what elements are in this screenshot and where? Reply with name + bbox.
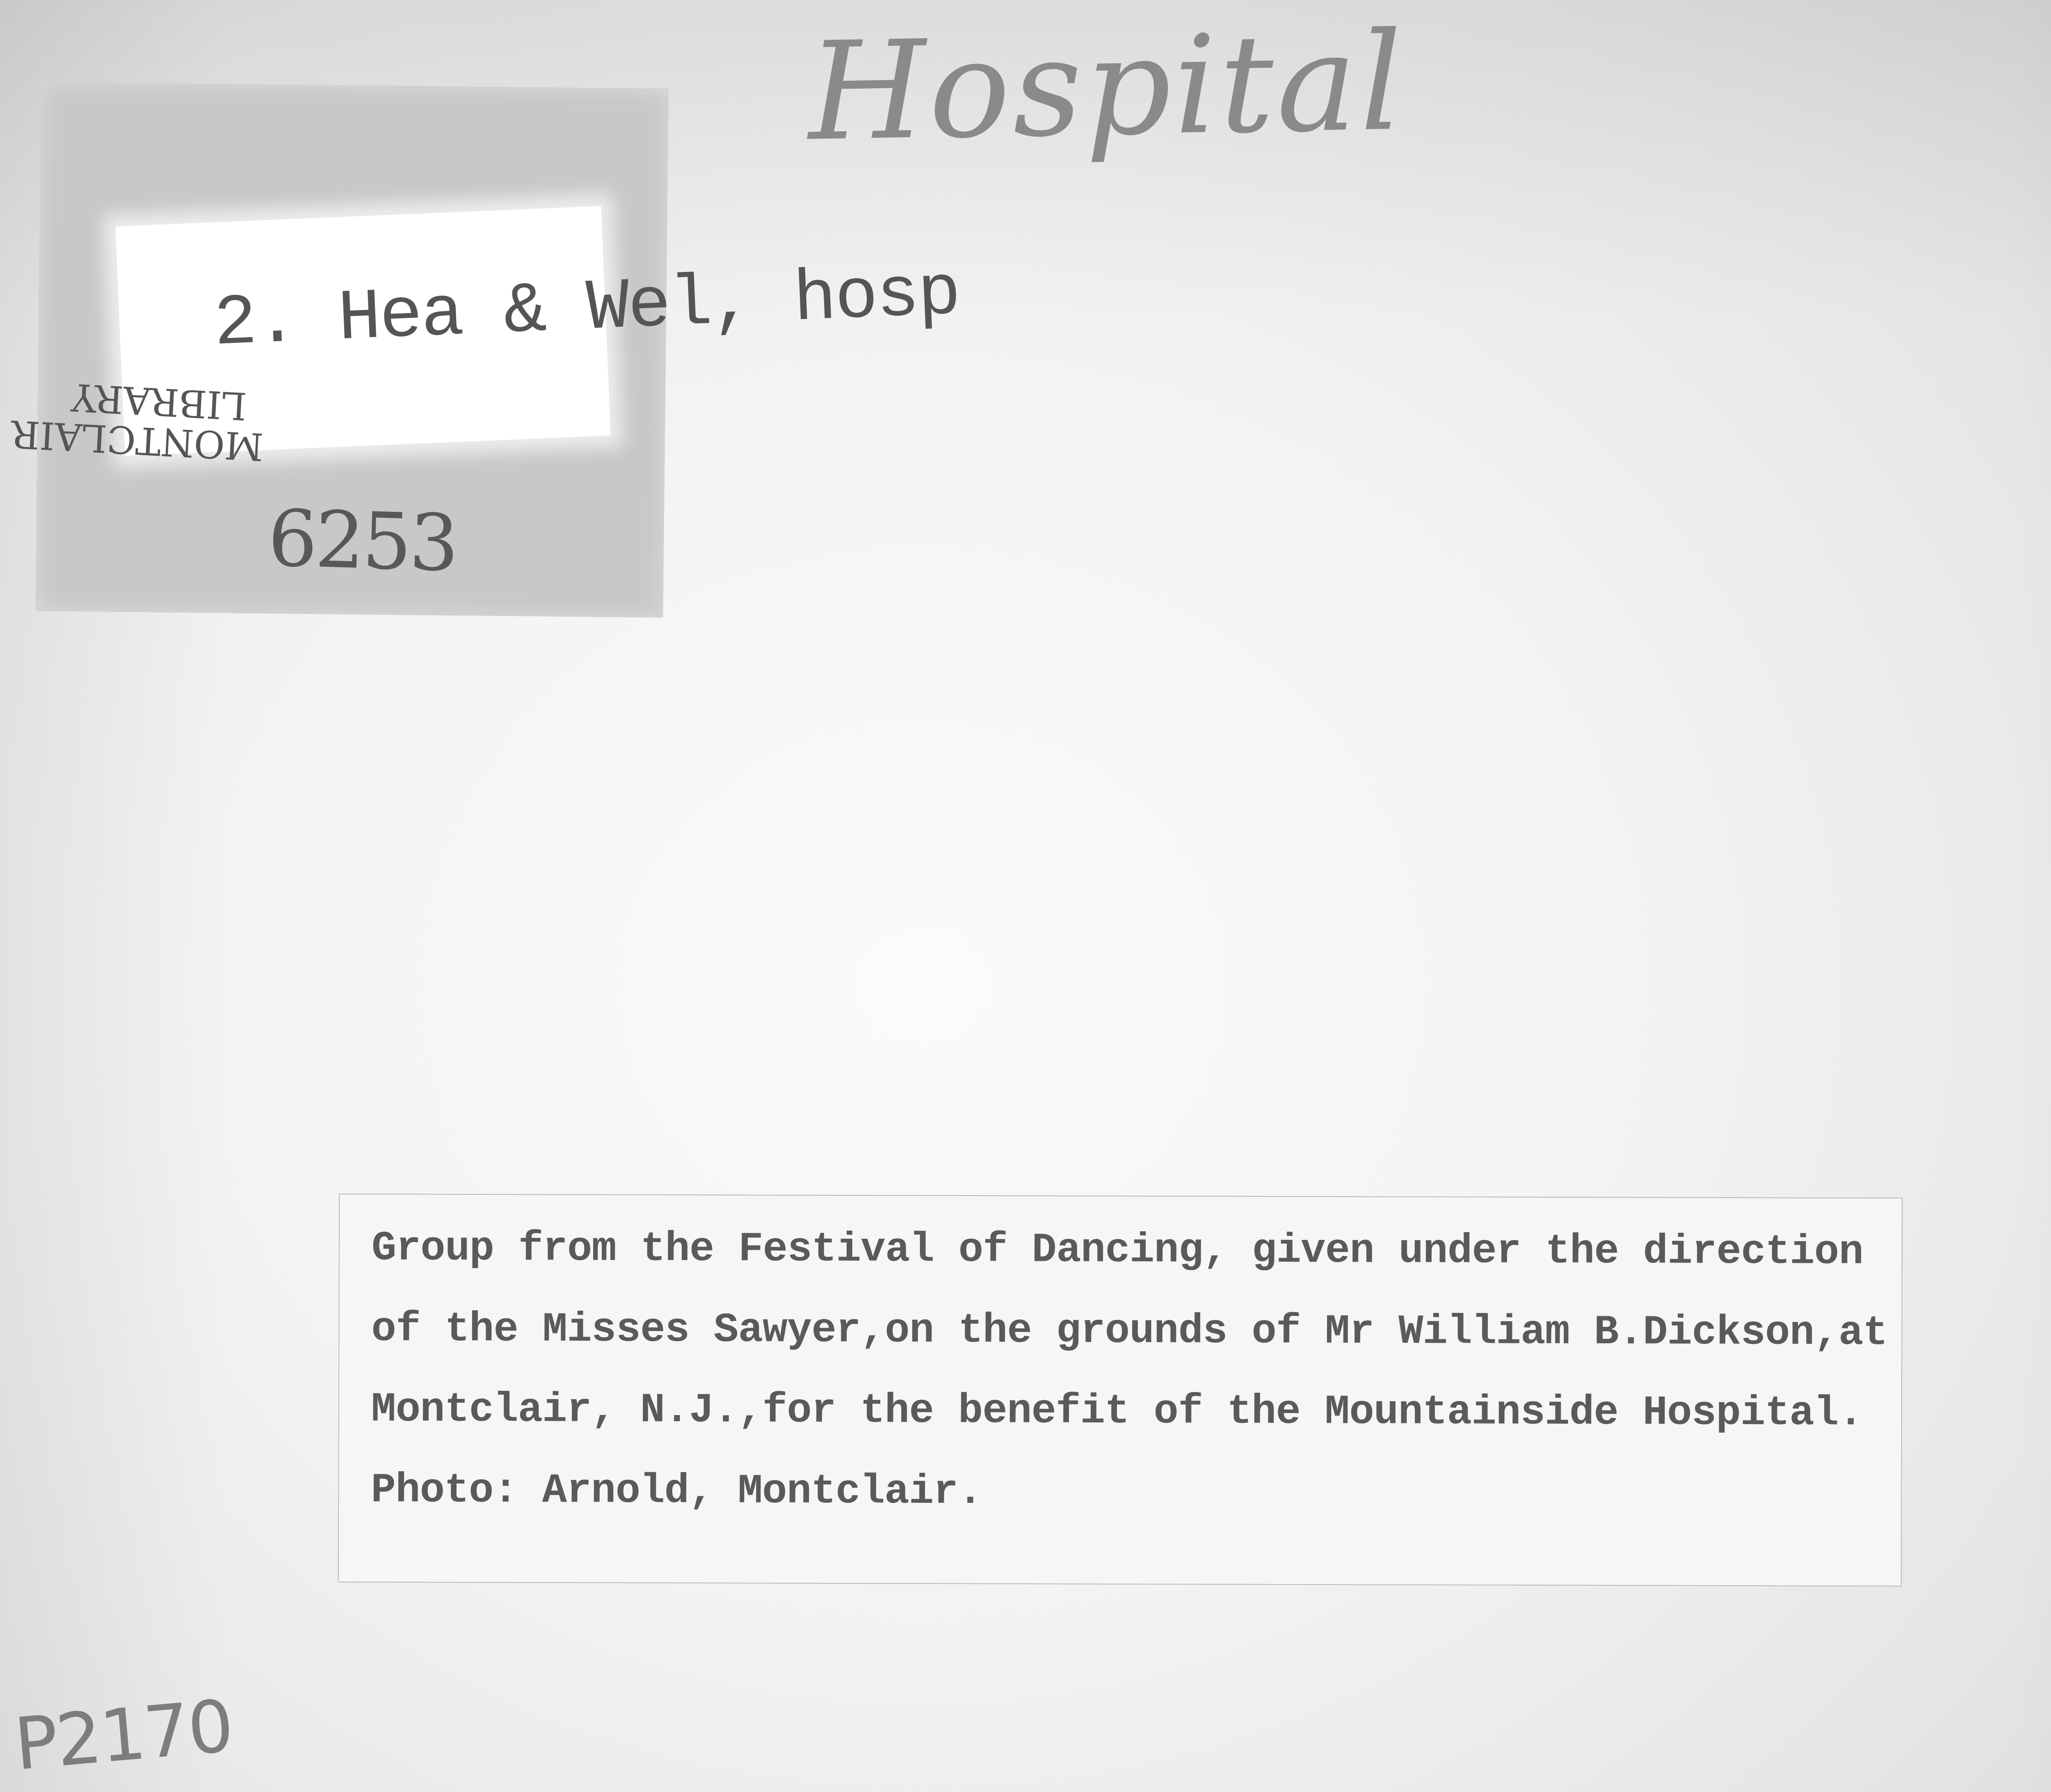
subject-classification: 2. Hea & Wel, hosp <box>212 253 961 365</box>
caption-line: Montclair, N.J.,for the benefit of the M… <box>371 1386 1863 1437</box>
caption-line: of the Misses Sawyer,on the grounds of M… <box>371 1306 1887 1357</box>
caption-line: Group from the Festival of Dancing, give… <box>372 1225 1863 1276</box>
handwritten-title: Hospital <box>807 3 1407 171</box>
caption-box: Group from the Festival of Dancing, give… <box>338 1194 1903 1587</box>
accession-number: 6253 <box>267 493 458 589</box>
library-stamp: MONTCLAIR LIBRARY <box>49 376 266 466</box>
library-stamp-line2: LIBRARY <box>51 376 266 427</box>
caption-line: Photo: Arnold, Montclair. <box>371 1467 982 1516</box>
handwritten-catalog-code: P2170 <box>11 1685 235 1786</box>
catalog-tape-label: 2. Hea & Wel, hosp 6253 <box>35 82 668 618</box>
